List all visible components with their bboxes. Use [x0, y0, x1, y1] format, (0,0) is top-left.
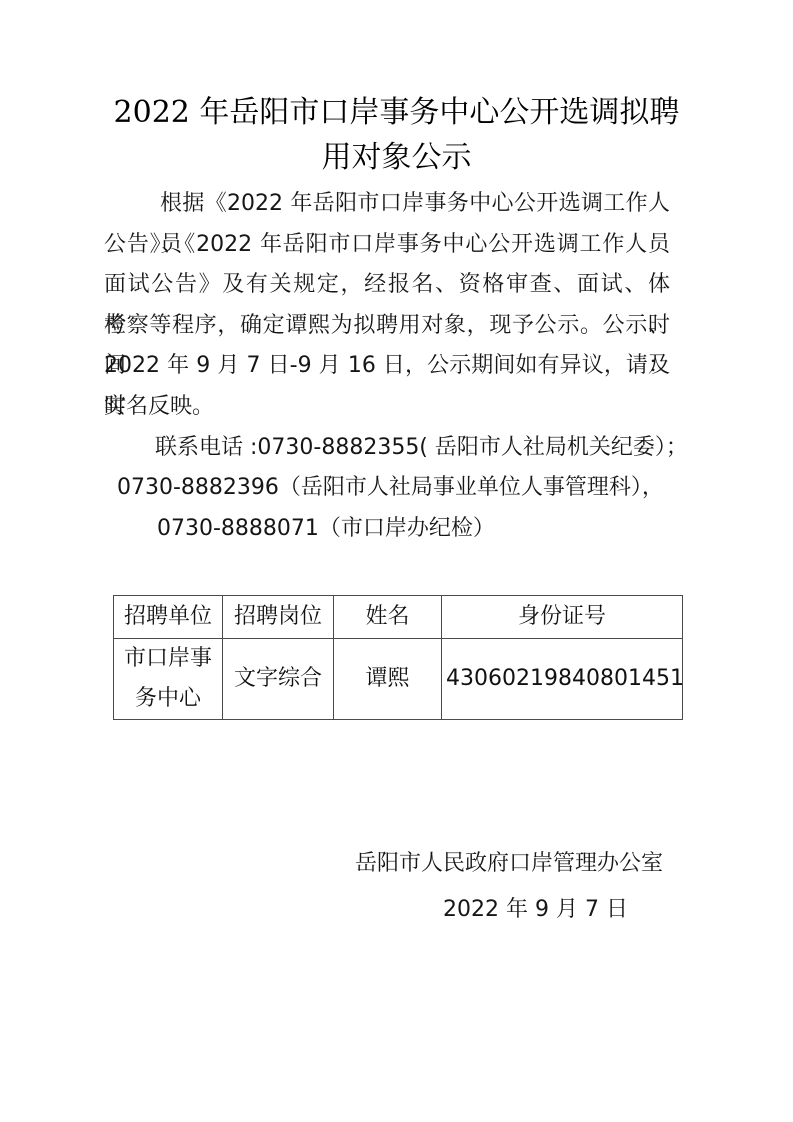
- body-line: 根据《2022 年岳阳市口岸事务中心公开选调工作人员: [104, 184, 670, 225]
- header-recruiting-unit: 招聘单位: [114, 596, 223, 639]
- table-row: 市口岸事务中心 文字综合 谭熙 430602198408014513: [114, 639, 683, 720]
- cell-id-number: 430602198408014513: [442, 639, 683, 720]
- document-title: 2022 年岳阳市口岸事务中心公开选调拟聘 用对象公示: [0, 90, 793, 180]
- body-line: 实名反映。: [104, 387, 670, 428]
- body-line: 公告》、《2022 年岳阳市口岸事务中心公开选调工作人员: [104, 225, 670, 266]
- footer-date: 2022 年 9 月 7 日: [443, 890, 628, 930]
- title-line-1: 2022 年岳阳市口岸事务中心公开选调拟聘: [0, 90, 793, 135]
- cell-recruiting-post: 文字综合: [223, 639, 334, 720]
- body-line: 考察等程序，确定谭熙为拟聘用对象，现予公示。公示时间：: [104, 306, 670, 347]
- title-line-2: 用对象公示: [0, 135, 793, 180]
- body-line: 面试公告》及有关规定，经报名、资格审查、面试、体检、: [104, 265, 670, 306]
- header-recruiting-post: 招聘岗位: [223, 596, 334, 639]
- contact-line: 联系电话 :0730-8882355( 岳阳市人社局机关纪委）；: [104, 428, 670, 469]
- header-id-number: 身份证号: [442, 596, 683, 639]
- contact-line: 0730-8888071（市口岸办纪检）: [104, 509, 670, 550]
- cell-recruiting-unit: 市口岸事务中心: [114, 639, 223, 720]
- cell-name: 谭熙: [334, 639, 442, 720]
- table-header-row: 招聘单位 招聘岗位 姓名 身份证号: [114, 596, 683, 639]
- footer-organization: 岳阳市人民政府口岸管理办公室: [355, 844, 663, 884]
- body-text: 根据《2022 年岳阳市口岸事务中心公开选调工作人员 公告》、《2022 年岳阳…: [104, 184, 670, 549]
- recruitment-table: 招聘单位 招聘岗位 姓名 身份证号 市口岸事务中心 文字综合 谭熙 430602…: [113, 595, 683, 720]
- body-line: 2022 年 9 月 7 日-9 月 16 日，公示期间如有异议，请及时: [104, 346, 670, 387]
- document-page: 2022 年岳阳市口岸事务中心公开选调拟聘 用对象公示 根据《2022 年岳阳市…: [0, 0, 793, 1122]
- contact-line: 0730-8882396（岳阳市人社局事业单位人事管理科），: [104, 468, 670, 509]
- header-name: 姓名: [334, 596, 442, 639]
